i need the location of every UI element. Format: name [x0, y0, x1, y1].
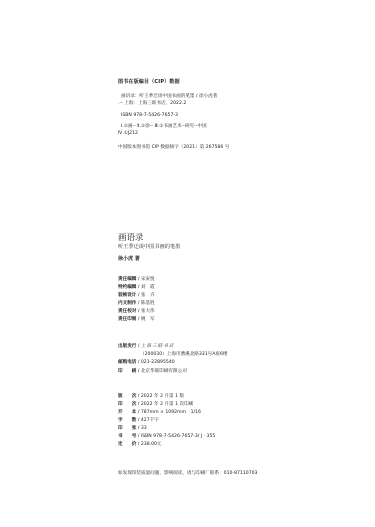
spec-row: 书 号 / ISBN 978-7-5426-7657-3/ J · 355 — [118, 434, 215, 440]
cip-library-record: 中国版本图书馆 CIP 数据核字（2021）第 267586 号 — [118, 145, 229, 151]
cip-isbn: ISBN 978-7-5426-7657-3 — [121, 113, 178, 119]
cip-classification-line2: Ⅳ.①J212 — [118, 131, 138, 137]
cip-entry-line2: .-- 上海：上海三联书店，2022.2 — [118, 101, 186, 107]
book-author: 徐小虎 著 — [118, 256, 140, 262]
book-subtitle: 听王季迁谈中国书画的笔墨 — [118, 244, 180, 250]
publisher-phone-row: 邮购电话 / 021-22895540 — [118, 360, 175, 366]
credit-row: 内文制作 / 陈基胜 — [118, 301, 155, 307]
spec-row: 字 数 / 427千字 — [118, 418, 159, 424]
cip-heading: 图书在版编目（CIP）数据 — [118, 79, 180, 85]
spec-row: 印 次 / 2022 年 2 月第 1 次印刷 — [118, 402, 193, 408]
credit-row: 责任校对 / 张大伟 — [118, 309, 155, 315]
cip-entry-line1: 画语录：听王季迁谈中国书画的笔墨 / 徐小虎著 — [121, 94, 217, 100]
spec-row: 开 本 / 787mm × 1092mm 1/16 — [118, 410, 201, 416]
spec-row: 版 次 / 2022 年 2 月第 1 版 — [118, 394, 184, 400]
spec-row: 印 张 / 33 — [118, 426, 147, 432]
credit-row: 责任印制 / 姚 军 — [118, 317, 155, 323]
print-quality-notice: 如发现印装质量问题，影响阅读，请与印刷厂联系：010-87110703 — [118, 471, 257, 477]
book-title: 画语录 — [118, 233, 144, 243]
credit-row: 责任编辑 / 宋寅悦 — [118, 277, 155, 283]
printer-row: 印 刷 / 北京华联印刷有限公司 — [118, 369, 187, 375]
publisher-logo-text: 上海三联书店 — [141, 344, 175, 349]
publisher-row: 出版发行 / 上海三联书店 — [118, 344, 174, 350]
spec-row: 定 价 / 238.00元 — [118, 442, 162, 448]
publisher-address: （200030）上海市漕溪北路331号A座6楼 — [140, 352, 228, 358]
credit-row: 特约编辑 / 刘 霞 — [118, 285, 155, 291]
cip-classification-line1: Ⅰ.①画-- Ⅱ.①徐-- Ⅲ.①书画艺术--研究--中国 — [121, 124, 207, 130]
credit-row: 装帧设计 / 张 卉 — [118, 293, 155, 299]
